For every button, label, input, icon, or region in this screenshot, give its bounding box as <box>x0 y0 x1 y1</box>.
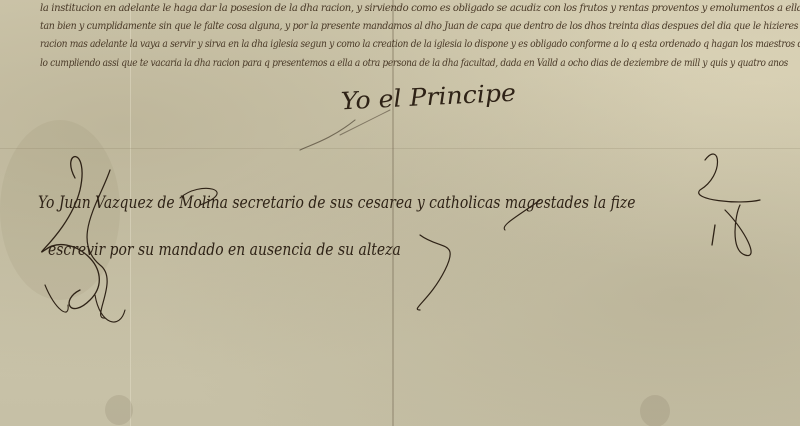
signature-flourishes-icon <box>0 0 800 426</box>
manuscript-page: la institucion en adelante le haga dar l… <box>0 0 800 426</box>
